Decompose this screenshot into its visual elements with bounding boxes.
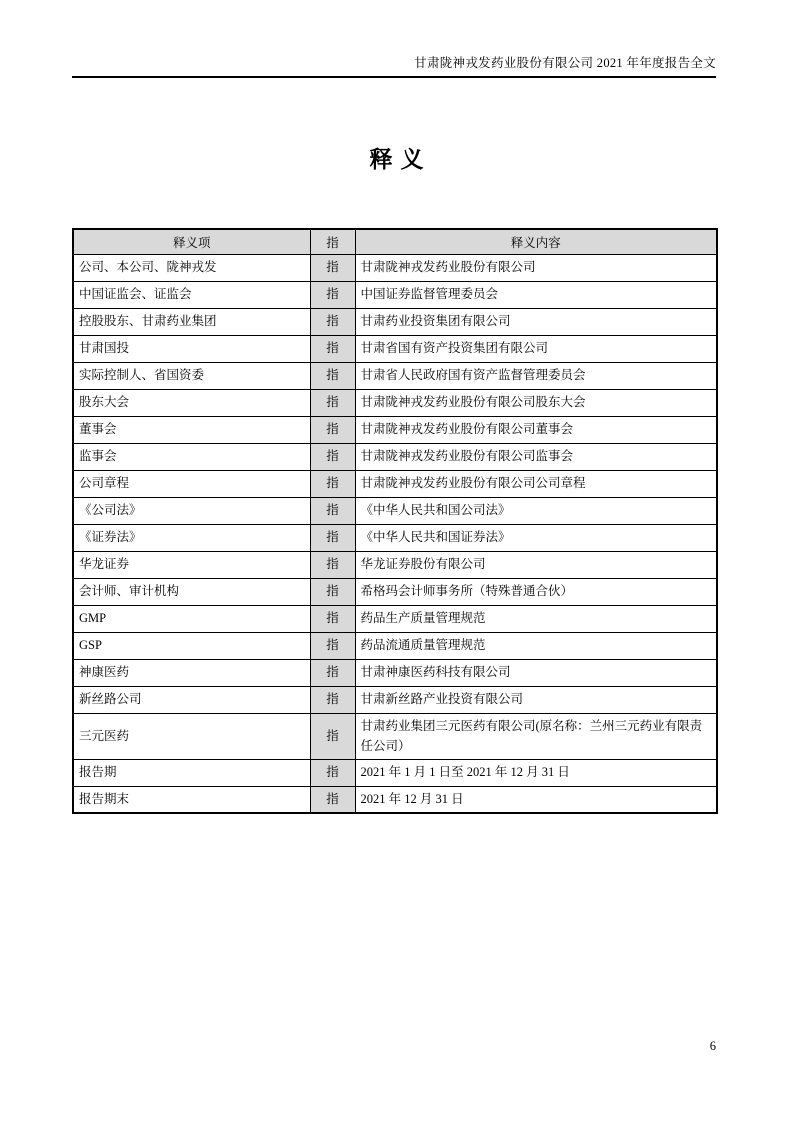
- term-cell: 报告期: [73, 759, 310, 786]
- definition-cell: 希格玛会计师事务所（特殊普通合伙）: [355, 578, 717, 605]
- table-row: 公司、本公司、陇神戎发 指 甘肃陇神戎发药业股份有限公司: [73, 254, 717, 281]
- definition-cell: 甘肃药业投资集团有限公司: [355, 308, 717, 335]
- section-title: 释义: [0, 141, 793, 174]
- definition-cell: 甘肃新丝路产业投资有限公司: [355, 686, 717, 713]
- term-cell: 《公司法》: [73, 497, 310, 524]
- table-row: 甘肃国投 指 甘肃省国有资产投资集团有限公司: [73, 335, 717, 362]
- definition-cell: 甘肃省国有资产投资集团有限公司: [355, 335, 717, 362]
- term-cell: 控股股东、甘肃药业集团: [73, 308, 310, 335]
- connector-cell: 指: [310, 416, 355, 443]
- column-header-term: 释义项: [73, 229, 310, 254]
- term-cell: 实际控制人、省国资委: [73, 362, 310, 389]
- definition-cell: 2021 年 12 月 31 日: [355, 786, 717, 813]
- connector-cell: 指: [310, 389, 355, 416]
- page-number: 6: [72, 1039, 716, 1054]
- table-row: 实际控制人、省国资委 指 甘肃省人民政府国有资产监督管理委员会: [73, 362, 717, 389]
- report-page: 甘肃陇神戎发药业股份有限公司 2021 年年度报告全文 释义 释义项 指 释义内…: [0, 0, 793, 1122]
- term-cell: 甘肃国投: [73, 335, 310, 362]
- table-row: GSP 指 药品流通质量管理规范: [73, 632, 717, 659]
- term-cell: 公司、本公司、陇神戎发: [73, 254, 310, 281]
- connector-cell: 指: [310, 605, 355, 632]
- table-row: 监事会 指 甘肃陇神戎发药业股份有限公司监事会: [73, 443, 717, 470]
- definition-cell: 甘肃药业集团三元医药有限公司(原名称：兰州三元药业有限责任公司）: [355, 713, 717, 759]
- table-row: 报告期末 指 2021 年 12 月 31 日: [73, 786, 717, 813]
- term-cell: 新丝路公司: [73, 686, 310, 713]
- table-row: 控股股东、甘肃药业集团 指 甘肃药业投资集团有限公司: [73, 308, 717, 335]
- connector-cell: 指: [310, 362, 355, 389]
- table-row: 公司章程 指 甘肃陇神戎发药业股份有限公司公司章程: [73, 470, 717, 497]
- definition-cell: 药品流通质量管理规范: [355, 632, 717, 659]
- definition-cell: 甘肃陇神戎发药业股份有限公司监事会: [355, 443, 717, 470]
- table-row: 股东大会 指 甘肃陇神戎发药业股份有限公司股东大会: [73, 389, 717, 416]
- term-cell: 神康医药: [73, 659, 310, 686]
- connector-cell: 指: [310, 759, 355, 786]
- running-header: 甘肃陇神戎发药业股份有限公司 2021 年年度报告全文: [72, 53, 716, 71]
- definition-cell: 甘肃陇神戎发药业股份有限公司股东大会: [355, 389, 717, 416]
- table-row: 《公司法》 指 《中华人民共和国公司法》: [73, 497, 717, 524]
- connector-cell: 指: [310, 686, 355, 713]
- column-header-definition: 释义内容: [355, 229, 717, 254]
- table-row: 《证券法》 指 《中华人民共和国证券法》: [73, 524, 717, 551]
- term-cell: 《证券法》: [73, 524, 310, 551]
- connector-cell: 指: [310, 551, 355, 578]
- term-cell: 会计师、审计机构: [73, 578, 310, 605]
- connector-cell: 指: [310, 632, 355, 659]
- term-cell: 公司章程: [73, 470, 310, 497]
- table-row: 三元医药 指 甘肃药业集团三元医药有限公司(原名称：兰州三元药业有限责任公司）: [73, 713, 717, 759]
- table-row: 华龙证券 指 华龙证券股份有限公司: [73, 551, 717, 578]
- connector-cell: 指: [310, 254, 355, 281]
- header-divider: [72, 76, 716, 78]
- term-cell: 中国证监会、证监会: [73, 281, 310, 308]
- connector-cell: 指: [310, 713, 355, 759]
- term-cell: 三元医药: [73, 713, 310, 759]
- table-header-row: 释义项 指 释义内容: [73, 229, 717, 254]
- connector-cell: 指: [310, 443, 355, 470]
- connector-cell: 指: [310, 470, 355, 497]
- connector-cell: 指: [310, 524, 355, 551]
- definition-cell: 2021 年 1 月 1 日至 2021 年 12 月 31 日: [355, 759, 717, 786]
- table-row: GMP 指 药品生产质量管理规范: [73, 605, 717, 632]
- definition-cell: 华龙证券股份有限公司: [355, 551, 717, 578]
- connector-cell: 指: [310, 497, 355, 524]
- definition-cell: 药品生产质量管理规范: [355, 605, 717, 632]
- table-row: 会计师、审计机构 指 希格玛会计师事务所（特殊普通合伙）: [73, 578, 717, 605]
- connector-cell: 指: [310, 281, 355, 308]
- definition-cell: 甘肃陇神戎发药业股份有限公司董事会: [355, 416, 717, 443]
- connector-cell: 指: [310, 659, 355, 686]
- definition-cell: 《中华人民共和国公司法》: [355, 497, 717, 524]
- connector-cell: 指: [310, 786, 355, 813]
- table-row: 神康医药 指 甘肃神康医药科技有限公司: [73, 659, 717, 686]
- definition-cell: 甘肃省人民政府国有资产监督管理委员会: [355, 362, 717, 389]
- table-row: 董事会 指 甘肃陇神戎发药业股份有限公司董事会: [73, 416, 717, 443]
- definition-cell: 《中华人民共和国证券法》: [355, 524, 717, 551]
- term-cell: 报告期末: [73, 786, 310, 813]
- term-cell: 董事会: [73, 416, 310, 443]
- connector-cell: 指: [310, 578, 355, 605]
- table-row: 新丝路公司 指 甘肃新丝路产业投资有限公司: [73, 686, 717, 713]
- connector-cell: 指: [310, 335, 355, 362]
- table-row: 中国证监会、证监会 指 中国证券监督管理委员会: [73, 281, 717, 308]
- connector-cell: 指: [310, 308, 355, 335]
- term-cell: GMP: [73, 605, 310, 632]
- definition-cell: 甘肃陇神戎发药业股份有限公司: [355, 254, 717, 281]
- definition-cell: 甘肃陇神戎发药业股份有限公司公司章程: [355, 470, 717, 497]
- table-row: 报告期 指 2021 年 1 月 1 日至 2021 年 12 月 31 日: [73, 759, 717, 786]
- term-cell: 监事会: [73, 443, 310, 470]
- definition-cell: 甘肃神康医药科技有限公司: [355, 659, 717, 686]
- term-cell: 股东大会: [73, 389, 310, 416]
- term-cell: GSP: [73, 632, 310, 659]
- definition-cell: 中国证券监督管理委员会: [355, 281, 717, 308]
- term-cell: 华龙证券: [73, 551, 310, 578]
- definitions-table: 释义项 指 释义内容 公司、本公司、陇神戎发 指 甘肃陇神戎发药业股份有限公司 …: [72, 228, 718, 814]
- column-header-connector: 指: [310, 229, 355, 254]
